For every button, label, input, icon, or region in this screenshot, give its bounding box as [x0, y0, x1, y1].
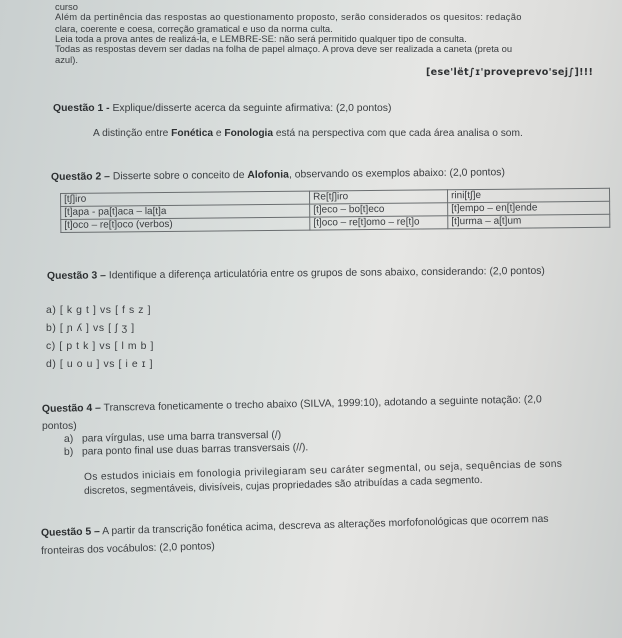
sound-group-b: b) [ ɲ ʎ ] vs [ ʃ ʒ ] — [46, 323, 135, 334]
question-1: Questão 1 - Explique/disserte acerca da … — [53, 103, 391, 114]
sound-group-d: d) [ u o u ] vs [ i e ɪ ] — [46, 359, 153, 370]
question-1-prompt: Explique/disserte acerca da seguinte afi… — [110, 103, 392, 114]
exam-sheet: curso Além da pertinência das respostas … — [0, 0, 622, 638]
question-3-label: Questão 3 – — [47, 270, 106, 282]
sound-group-c: c) [ p t k ] vs [ l m b ] — [46, 341, 154, 352]
allophone-examples-table: [t∫]iroRe[t∫]irorini[t∫]e[t]apa - pa[t]a… — [60, 188, 610, 233]
question-5-prompt: A partir da transcrição fonética acima, … — [100, 514, 549, 538]
question-5-label: Questão 5 – — [41, 526, 100, 539]
question-4-label: Questão 4 – — [42, 403, 101, 415]
term-fonetica: Fonética — [171, 128, 213, 139]
question-5-prompt-cont: fronteiras dos vocábulos: (2,0 pontos) — [41, 541, 215, 557]
question-1-label: Questão 1 - — [53, 103, 110, 114]
instructions-line-4: Todas as respostas devem ser dadas na fo… — [55, 44, 512, 54]
table-cell: [t]oco – re[t]omo – re[t]o — [310, 216, 448, 230]
table-cell: [t]oco – re[t]oco (verbos) — [61, 217, 310, 232]
question-3-prompt: Identifique a diferença articulatória en… — [106, 266, 545, 282]
term-alofonia: Alofonia — [247, 170, 289, 181]
question-1-statement: A distinção entre Fonética e Fonologia e… — [93, 128, 523, 139]
term-fonologia: Fonologia — [224, 128, 273, 139]
table-cell: [t]eco – bo[t]eco — [310, 203, 448, 217]
question-2: Questão 2 – Disserte sobre o conceito de… — [51, 167, 505, 183]
phonetic-greeting: [ese'lët∫ɪ'proveprevo'sej∫]!!! — [426, 67, 593, 78]
table-cell: [t]urma – a[t]um — [448, 214, 610, 229]
table-cell: Re[t∫]iro — [310, 190, 448, 204]
instructions-line-5: azul). — [55, 55, 78, 65]
question-4-prompt-cont: pontos) — [42, 421, 77, 432]
question-4: Questão 4 – Transcreva foneticamente o t… — [42, 394, 542, 415]
instructions-line-1: Além da pertinência das respostas ao que… — [55, 12, 522, 22]
question-4-prompt: Transcreva foneticamente o trecho abaixo… — [101, 394, 542, 413]
question-2-label: Questão 2 – — [51, 171, 110, 183]
question-3: Questão 3 – Identifique a diferença arti… — [47, 266, 545, 282]
question-5: Questão 5 – A partir da transcrição foné… — [41, 514, 549, 539]
sound-group-a: a) [ k g t ] vs [ f s z ] — [46, 305, 151, 316]
notation-b: b) para ponto final use duas barras tran… — [64, 442, 308, 458]
